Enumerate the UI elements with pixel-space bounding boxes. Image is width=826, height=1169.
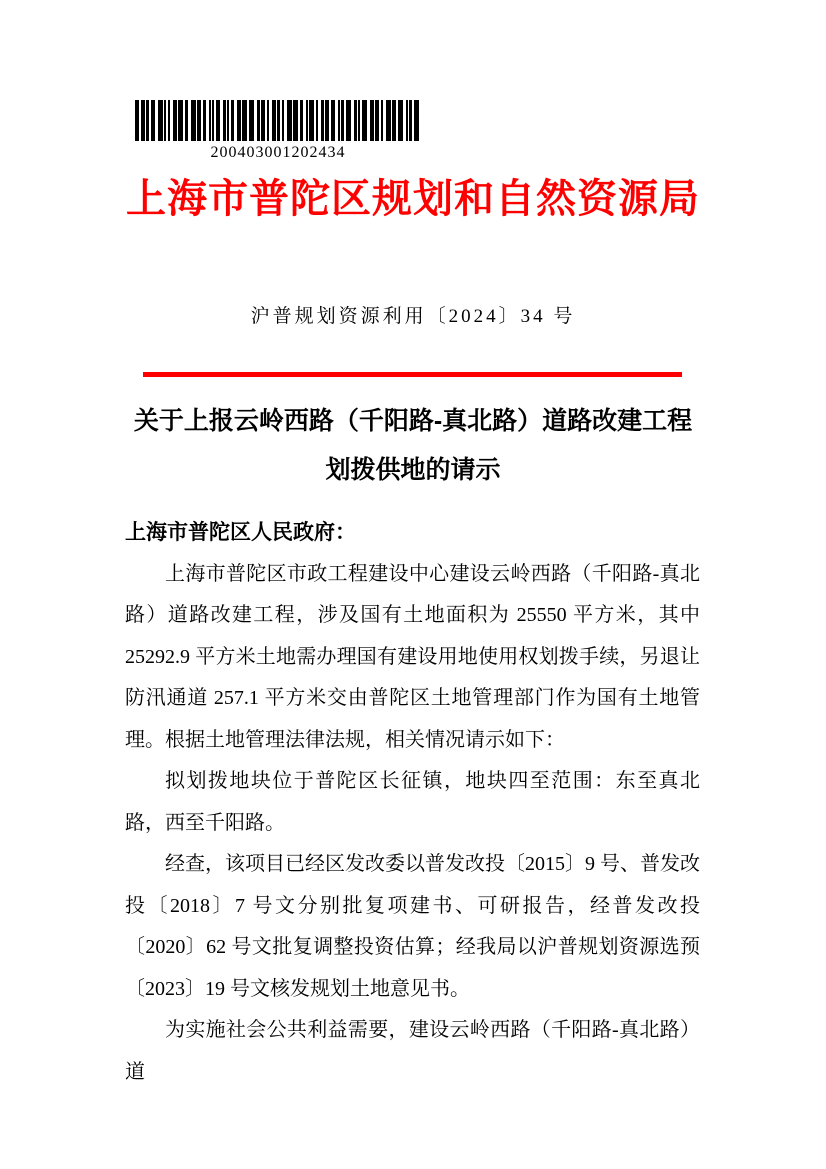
red-separator-rule — [143, 372, 682, 377]
barcode-number: 200403001202434 — [135, 144, 421, 162]
document-body: 上海市普陀区人民政府： 上海市普陀区市政工程建设中心建设云岭西路（千阳路-真北路… — [125, 512, 700, 1093]
body-paragraph: 拟划拨地块位于普陀区长征镇，地块四至范围：东至真北路，西至千阳路。 — [125, 761, 700, 844]
barcode-image — [135, 100, 421, 141]
barcode-block: 200403001202434 — [135, 100, 421, 162]
document-title-line2: 划拨供地的请示 — [63, 446, 763, 495]
body-paragraph: 为实施社会公共利益需要，建设云岭西路（千阳路-真北路）道 — [125, 1010, 700, 1093]
document-title-line1: 关于上报云岭西路（千阳路-真北路）道路改建工程 — [63, 397, 763, 446]
document-page: 200403001202434 上海市普陀区规划和自然资源局 沪普规划资源利用〔… — [0, 0, 826, 1169]
doc-reference-number: 沪普规划资源利用〔2024〕34 号 — [0, 301, 826, 328]
body-paragraph: 上海市普陀区市政工程建设中心建设云岭西路（千阳路-真北路）道路改建工程，涉及国有… — [125, 554, 700, 762]
agency-title: 上海市普陀区规划和自然资源局 — [0, 167, 826, 224]
body-paragraph: 经查，该项目已经区发改委以普发改投〔2015〕9 号、普发改投〔2018〕7 号… — [125, 844, 700, 1010]
salutation: 上海市普陀区人民政府： — [125, 512, 700, 554]
document-title: 关于上报云岭西路（千阳路-真北路）道路改建工程 划拨供地的请示 — [63, 397, 763, 495]
